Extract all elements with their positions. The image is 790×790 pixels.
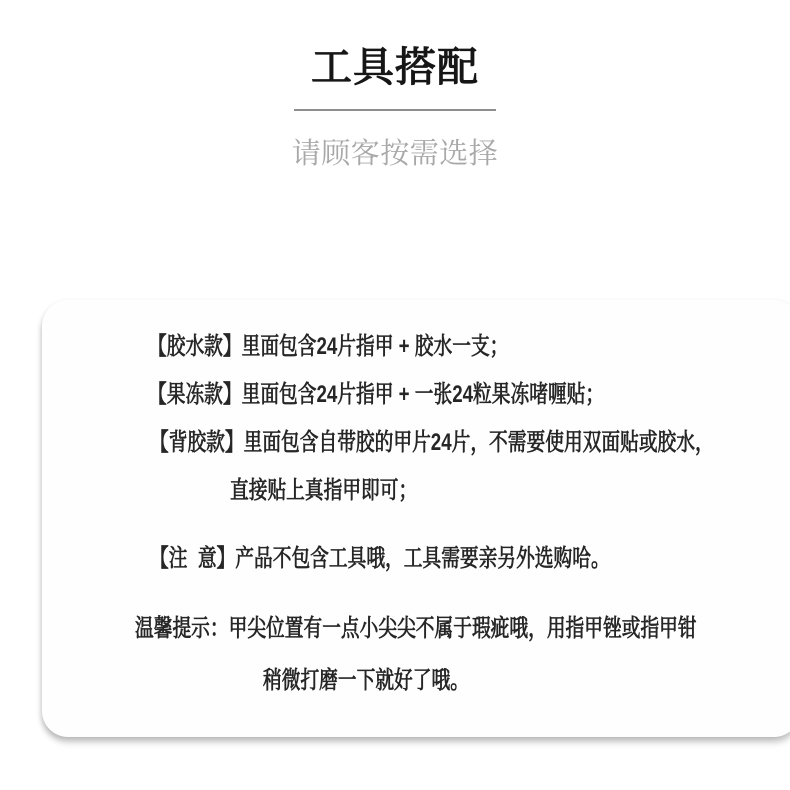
- info-line-adhesive-type: 【背胶款】里面包含自带胶的甲片24片，不需要使用双面贴或胶水，: [150, 429, 714, 457]
- info-card: 【胶水款】里面包含24片指甲 + 胶水一支； 【果冻款】里面包含24片指甲 + …: [42, 300, 790, 737]
- product-detail-info-page: 工具搭配 请顾客按需选择 【胶水款】里面包含24片指甲 + 胶水一支； 【果冻款…: [0, 0, 790, 790]
- info-line-glue-type: 【胶水款】里面包含24片指甲 + 胶水一支；: [148, 333, 508, 361]
- title-divider: [294, 109, 496, 111]
- page-title: 工具搭配: [0, 44, 790, 90]
- page-subtitle: 请顾客按需选择: [0, 137, 790, 171]
- info-line-notice: 【注 意】产品不包含工具哦，工具需要亲另外选购哈。: [150, 545, 610, 573]
- info-line-warm-tip: 温馨提示：甲尖位置有一点小尖尖不属于瑕疵哦，用指甲锉或指甲钳: [135, 615, 697, 643]
- info-line-warm-tip-continued: 稍微打磨一下就好了哦。: [263, 667, 469, 695]
- info-line-jelly-type: 【果冻款】里面包含24片指甲 + 一张24粒果冻啫喱贴；: [148, 381, 604, 409]
- info-line-adhesive-type-continued: 直接贴上真指甲即可；: [230, 477, 417, 505]
